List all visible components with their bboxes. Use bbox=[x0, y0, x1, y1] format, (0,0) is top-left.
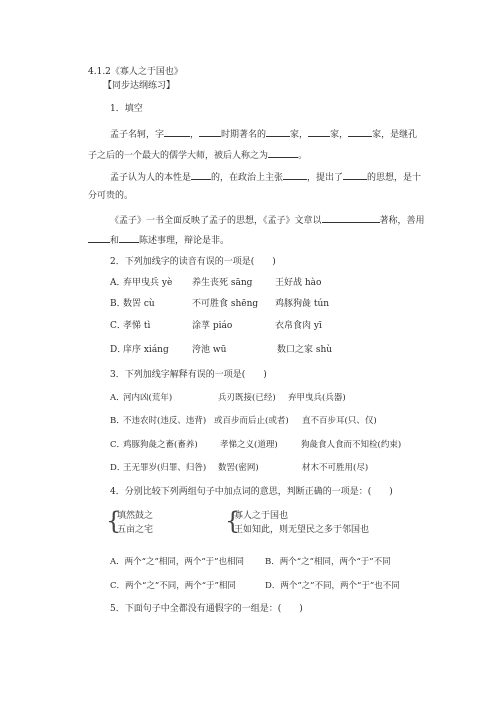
text: ， bbox=[190, 130, 199, 140]
text: 孟子认为人的本性是 bbox=[110, 173, 191, 183]
option-item: 衣帛食肉 yī bbox=[275, 320, 322, 332]
q4-option-d[interactable]: D．两个“之”不同，两个“于”也不同 bbox=[265, 580, 400, 592]
text: 的思想，是十 bbox=[367, 173, 421, 183]
q5-heading: 5．下面句子中全都没有通假字的一组是：( ) bbox=[110, 603, 303, 615]
option-item: 材木不可胜用(尽) bbox=[302, 462, 368, 474]
document-page: 4.1.2《寡人之于国也》 【同步达纲练习】 1．填空 孟子名轲，字，时期著名的… bbox=[0, 0, 500, 707]
option-item: 庠序 xiáng bbox=[123, 344, 169, 356]
fill-blank[interactable] bbox=[88, 233, 110, 243]
option-label: D． bbox=[265, 581, 280, 591]
q1-p2-line2: 分可贵的。 bbox=[88, 190, 133, 202]
text: 家， bbox=[330, 130, 348, 140]
text: 时期著名的 bbox=[221, 130, 266, 140]
fill-blank[interactable] bbox=[283, 170, 307, 180]
q4-option-b[interactable]: B．两个“之”相同，两个“于”不同 bbox=[265, 556, 391, 568]
option-label: B． bbox=[265, 557, 280, 567]
option-item: 兵刃既接(已经) bbox=[218, 392, 276, 404]
option-item: 鸡豚狗彘之畜(畜养) bbox=[123, 439, 198, 451]
fill-blank[interactable] bbox=[119, 233, 139, 243]
option-item: 直不百步耳(只、仅) bbox=[302, 415, 377, 427]
text: 。 bbox=[298, 151, 307, 161]
text: 家，是继孔 bbox=[372, 130, 417, 140]
q2-heading: 2．下列加线字的读音有误的一项是( ) bbox=[110, 256, 276, 268]
section-title: 4.1.2《寡人之于国也》 bbox=[88, 66, 183, 78]
group1-sentence: 五亩之宅 bbox=[117, 524, 153, 536]
text: 陈述事理，辩论是非。 bbox=[139, 236, 229, 246]
option-item: 弃甲曳兵(兵器) bbox=[288, 392, 346, 404]
q3-heading: 3．下列加线字解释有误的一项是( ) bbox=[110, 369, 267, 381]
option-text: 两个“之”不同，两个“于”也不同 bbox=[280, 581, 399, 591]
option-item: 孝悌之义(道理) bbox=[220, 439, 278, 451]
text: 家， bbox=[290, 130, 308, 140]
q4-option-a[interactable]: A．两个“之”相同，两个“于”也相同 bbox=[110, 556, 244, 568]
fill-blank[interactable] bbox=[191, 170, 211, 180]
group1-sentence: 填然鼓之 bbox=[117, 510, 153, 522]
option-item: 数罟(密网) bbox=[218, 462, 259, 474]
option-text: 两个“之”不同，两个“于”相同 bbox=[125, 581, 236, 591]
text: 和 bbox=[110, 236, 119, 246]
q1-heading: 1．填空 bbox=[110, 103, 143, 115]
fill-blank[interactable] bbox=[343, 170, 367, 180]
q4-option-c[interactable]: C．两个“之”不同，两个“于”相同 bbox=[110, 580, 236, 592]
q2-option-c[interactable]: C． 孝悌 tì 涂莩 piáo 衣帛食肉 yī bbox=[110, 320, 126, 332]
section-subtitle: 【同步达纲练习】 bbox=[103, 80, 175, 92]
q1-p1-line1: 孟子名轲，字，时期著名的家，家，家，是继孔 bbox=[110, 127, 417, 141]
text: 著称，善用 bbox=[380, 216, 425, 226]
option-item: 鸡豚狗彘 tún bbox=[275, 298, 329, 310]
text: 《孟子》一书全面反映了孟子的思想，《孟子》文章以 bbox=[110, 216, 322, 226]
fill-blank[interactable] bbox=[164, 127, 190, 137]
option-item: 河内凶(荒年) bbox=[123, 392, 172, 404]
q3-option-d[interactable]: D． 王无罪岁(归罪、归咎) 数罟(密网) 材木不可胜用(尽) bbox=[110, 462, 125, 474]
option-item: 弃甲曳兵 yè bbox=[123, 277, 172, 289]
fill-blank[interactable] bbox=[308, 127, 330, 137]
q1-p1-line2: 子之后的一个最大的儒学大师，被后人称之为。 bbox=[88, 148, 307, 162]
text: 孟子名轲，字 bbox=[110, 130, 164, 140]
q1-p3-line2: 和陈述事理，辩论是非。 bbox=[88, 233, 229, 247]
text: 的，在政治上主张 bbox=[211, 173, 283, 183]
text: ，提出了 bbox=[307, 173, 343, 183]
option-item: 数口之家 shù bbox=[277, 344, 332, 356]
option-item: 洿池 wū bbox=[192, 344, 226, 356]
fill-blank[interactable] bbox=[348, 127, 372, 137]
option-item: 不可胜食 shēng bbox=[192, 298, 258, 310]
fill-blank[interactable] bbox=[199, 127, 221, 137]
option-item: 狗彘食人食而不知检(约束) bbox=[301, 439, 401, 451]
option-label: A． bbox=[110, 557, 125, 567]
q1-p3-line1: 《孟子》一书全面反映了孟子的思想，《孟子》文章以著称，善用 bbox=[110, 213, 425, 227]
option-item: 数罟 cù bbox=[123, 298, 155, 310]
option-item: 王无罪岁(归罪、归咎) bbox=[123, 462, 206, 474]
fill-blank[interactable] bbox=[268, 148, 298, 158]
q2-option-d[interactable]: D． 庠序 xiáng 洿池 wū 数口之家 shù bbox=[110, 344, 126, 356]
option-item: 孝悌 tì bbox=[123, 320, 150, 332]
q3-option-a[interactable]: A． 河内凶(荒年) 兵刃既接(已经) 弃甲曳兵(兵器) bbox=[110, 392, 125, 404]
q2-option-a[interactable]: A． 弃甲曳兵 yè 养生丧死 sāng 王好战 hào bbox=[110, 277, 126, 289]
option-item: 养生丧死 sāng bbox=[192, 277, 252, 289]
q3-option-c[interactable]: C． 鸡豚狗彘之畜(畜养) 孝悌之义(道理) 狗彘食人食而不知检(约束) bbox=[110, 439, 125, 451]
option-text: 两个“之”相同，两个“于”也相同 bbox=[125, 557, 244, 567]
fill-blank[interactable] bbox=[266, 127, 290, 137]
option-item: 不违农时(违反、违背) bbox=[123, 415, 206, 427]
text: 子之后的一个最大的儒学大师，被后人称之为 bbox=[88, 151, 268, 161]
group2-sentence: 寡人之于国也 bbox=[234, 510, 288, 522]
fill-blank[interactable] bbox=[322, 213, 380, 223]
q3-option-b[interactable]: B． 不违农时(违反、违背) 或百步而后止(或者) 直不百步耳(只、仅) bbox=[110, 415, 125, 427]
group2-sentence: 王如知此，则无望民之多于邻国也 bbox=[234, 524, 369, 536]
option-label: C． bbox=[110, 581, 125, 591]
option-item: 或百步而后止(或者) bbox=[214, 415, 289, 427]
option-item: 涂莩 piáo bbox=[192, 320, 232, 332]
option-item: 王好战 hào bbox=[275, 277, 321, 289]
q2-option-b[interactable]: B． 数罟 cù 不可胜食 shēng 鸡豚狗彘 tún bbox=[110, 298, 126, 310]
option-text: 两个“之”相同，两个“于”不同 bbox=[280, 557, 391, 567]
q4-heading: 4．分别比较下列两组句子中加点词的意思，判断正确的一项是：( ) bbox=[110, 486, 393, 498]
q1-p2-line1: 孟子认为人的本性是的，在政治上主张，提出了的思想，是十 bbox=[110, 170, 421, 184]
